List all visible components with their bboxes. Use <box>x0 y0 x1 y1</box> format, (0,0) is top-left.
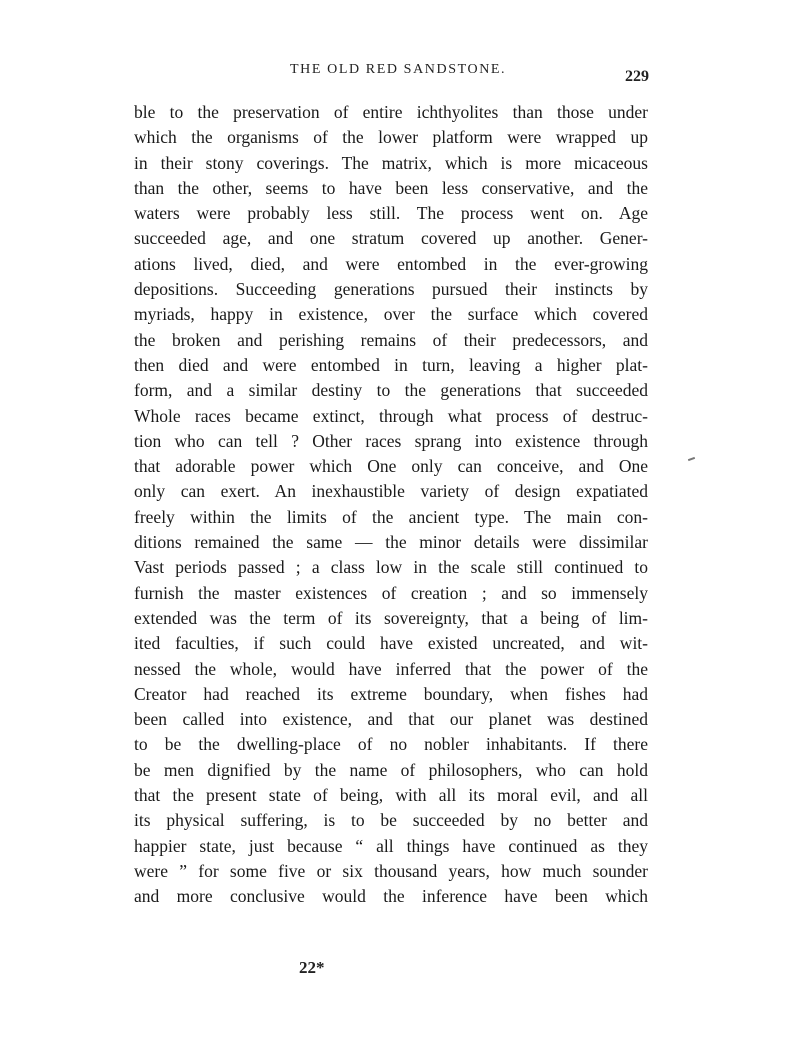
running-head: THE OLD RED SANDSTONE. 229 <box>0 62 800 86</box>
running-title: THE OLD RED SANDSTONE. <box>290 62 506 78</box>
text-line: ditions remained the same — the minor de… <box>134 530 648 555</box>
signature-mark: 22* <box>299 958 325 978</box>
text-line: Creator had reached its extreme boundary… <box>134 682 648 707</box>
text-line: Vast periods passed ; a class low in the… <box>134 555 648 580</box>
text-line: ations lived, died, and were entombed in… <box>134 252 648 277</box>
page-number: 229 <box>625 68 649 86</box>
text-line: to be the dwelling-place of no nobler in… <box>134 732 648 757</box>
text-line: were ” for some five or six thousand yea… <box>134 859 648 884</box>
text-line: nessed the whole, would have inferred th… <box>134 657 648 682</box>
text-line: that the present state of being, with al… <box>134 783 648 808</box>
text-line: only can exert. An inexhaustible variety… <box>134 479 648 504</box>
text-line: waters were probably less still. The pro… <box>134 201 648 226</box>
text-line: which the organisms of the lower platfor… <box>134 125 648 150</box>
text-line: extended was the term of its sovereignty… <box>134 606 648 631</box>
text-line: ited faculties, if such could have exist… <box>134 631 648 656</box>
book-page: THE OLD RED SANDSTONE. 229 ble to the pr… <box>0 0 800 1050</box>
text-line: happier state, just because “ all things… <box>134 834 648 859</box>
text-line: in their stony coverings. The matrix, wh… <box>134 151 648 176</box>
text-line: the broken and perishing remains of thei… <box>134 328 648 353</box>
text-line: Whole races became extinct, through what… <box>134 404 648 429</box>
text-line: depositions. Succeeding generations purs… <box>134 277 648 302</box>
body-text: ble to the preservation of entire ichthy… <box>134 100 648 910</box>
text-line: be men dignified by the name of philosop… <box>134 758 648 783</box>
text-line: ble to the preservation of entire ichthy… <box>134 100 648 125</box>
text-line: succeeded age, and one stratum covered u… <box>134 226 648 251</box>
text-line: furnish the master existences of creatio… <box>134 581 648 606</box>
text-line: than the other, seems to have been less … <box>134 176 648 201</box>
text-line: form, and a similar destiny to the gener… <box>134 378 648 403</box>
text-line: then died and were entombed in turn, lea… <box>134 353 648 378</box>
text-line: myriads, happy in existence, over the su… <box>134 302 648 327</box>
text-line: been called into existence, and that our… <box>134 707 648 732</box>
text-line: tion who can tell ? Other races sprang i… <box>134 429 648 454</box>
text-line: freely within the limits of the ancient … <box>134 505 648 530</box>
text-line: that adorable power which One only can c… <box>134 454 648 479</box>
text-line: its physical suffering, is to be succeed… <box>134 808 648 833</box>
text-line: and more conclusive would the inference … <box>134 884 648 909</box>
margin-mark <box>688 457 695 461</box>
